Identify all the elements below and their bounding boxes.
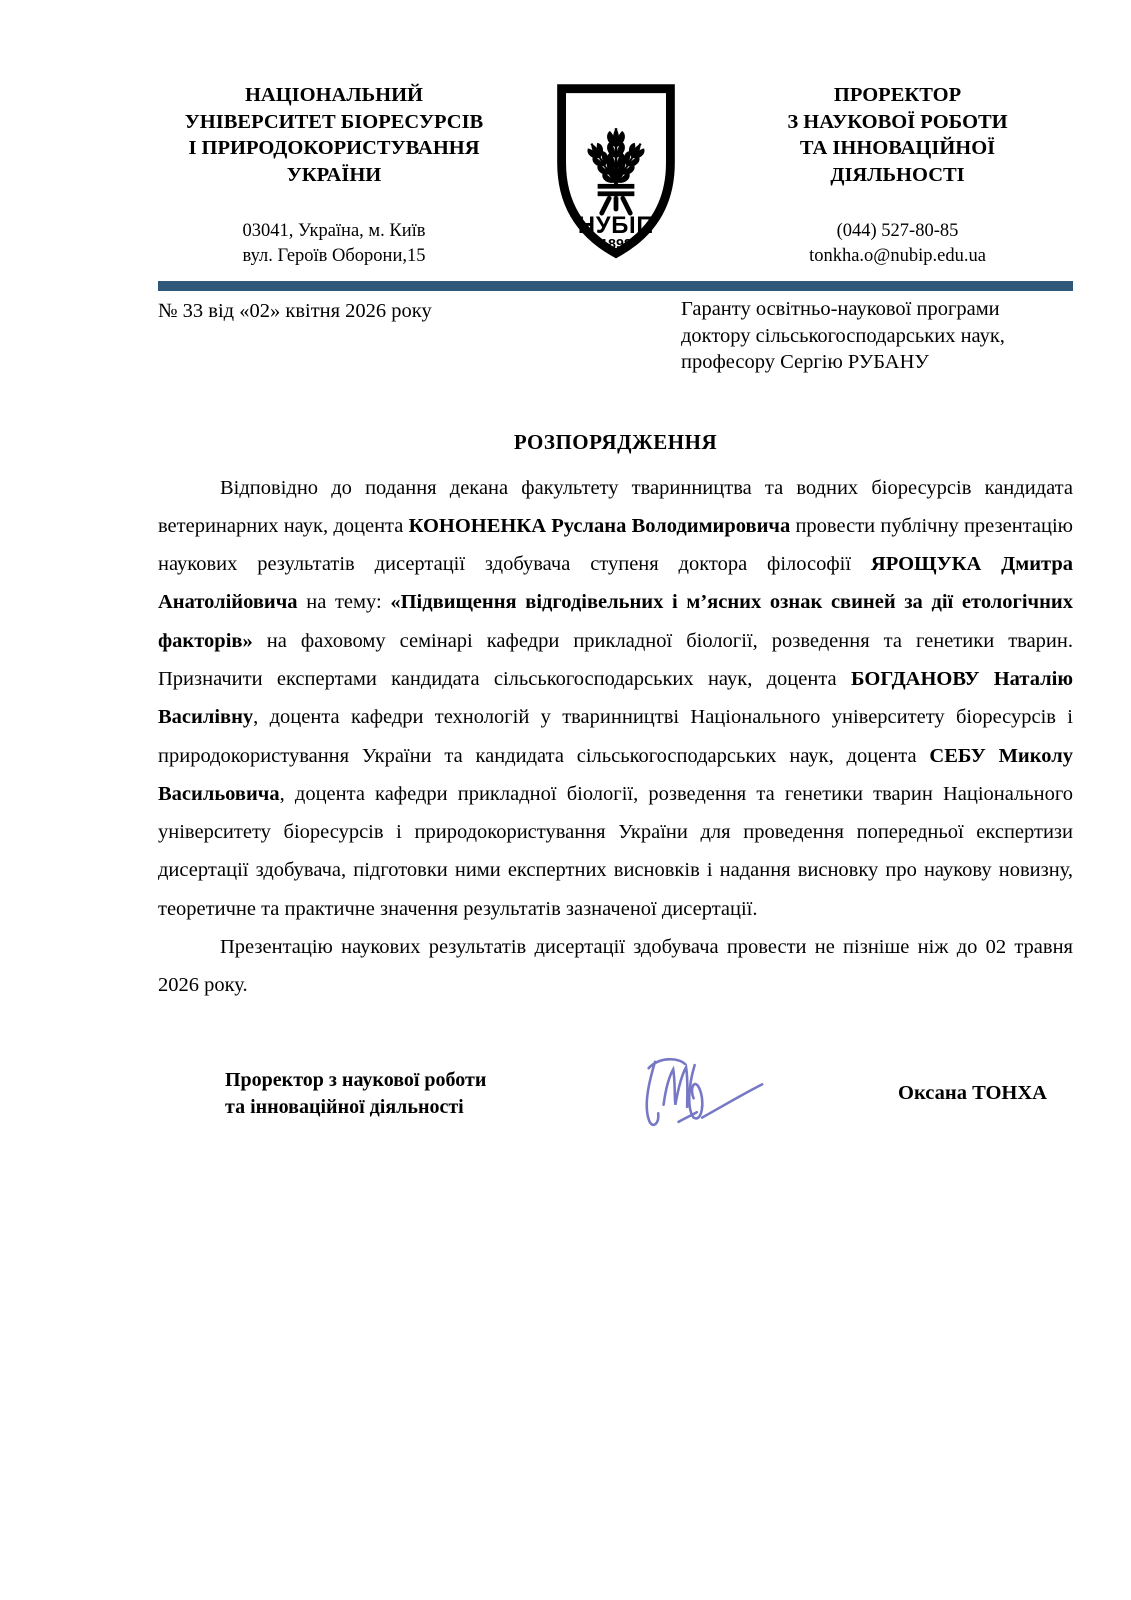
addressee-block: Гаранту освітньо-наукової програми докто…: [681, 296, 1073, 376]
reference-number: № 33 від «02» квітня 2026 року: [158, 296, 432, 325]
signer-name: Оксана ТОНХА: [898, 1082, 1047, 1105]
university-address: 03041, Україна, м. Київ вул. Героїв Обор…: [158, 219, 510, 268]
document-body: Відповідно до подання декана факультету …: [158, 469, 1073, 1005]
signature-block: Проректор з наукової роботи та інновацій…: [158, 1051, 1073, 1137]
contacts-block: (044) 527-80-85 tonkha.o@nubip.edu.ua: [722, 219, 1073, 268]
document-content: НАЦІОНАЛЬНИЙ УНІВЕРСИТЕТ БІОРЕСУРСІВ І П…: [0, 0, 1131, 1137]
logo-abbr: НУБІП: [578, 212, 654, 239]
university-name: НАЦІОНАЛЬНИЙ УНІВЕРСИТЕТ БІОРЕСУРСІВ І П…: [158, 82, 510, 188]
university-logo: НУБІП 1898: [510, 82, 722, 260]
reference-row: № 33 від «02» квітня 2026 року Гаранту о…: [158, 296, 1073, 376]
body-paragraph: Презентацію наукових результатів дисерта…: [158, 928, 1073, 1005]
letterhead: НАЦІОНАЛЬНИЙ УНІВЕРСИТЕТ БІОРЕСУРСІВ І П…: [158, 82, 1073, 272]
letterhead-left-column: НАЦІОНАЛЬНИЙ УНІВЕРСИТЕТ БІОРЕСУРСІВ І П…: [158, 82, 510, 268]
letterhead-divider: [158, 281, 1073, 291]
phone-number: (044) 527-80-85: [722, 219, 1073, 244]
logo-year: 1898: [600, 237, 632, 253]
document-page: НАЦІОНАЛЬНИЙ УНІВЕРСИТЕТ БІОРЕСУРСІВ І П…: [0, 0, 1131, 1600]
wheat-shield-emblem-icon: НУБІП 1898: [548, 82, 684, 260]
signer-position: Проректор з наукової роботи та інновацій…: [225, 1067, 486, 1121]
email-address: tonkha.o@nubip.edu.ua: [722, 244, 1073, 269]
office-title: ПРОРЕКТОР З НАУКОВОЇ РОБОТИ ТА ІННОВАЦІЙ…: [722, 82, 1073, 188]
handwritten-signature-icon: [625, 1051, 775, 1137]
letterhead-right-column: ПРОРЕКТОР З НАУКОВОЇ РОБОТИ ТА ІННОВАЦІЙ…: [722, 82, 1073, 268]
document-title: РОЗПОРЯДЖЕННЯ: [158, 428, 1073, 456]
body-paragraph: Відповідно до подання декана факультету …: [158, 469, 1073, 929]
